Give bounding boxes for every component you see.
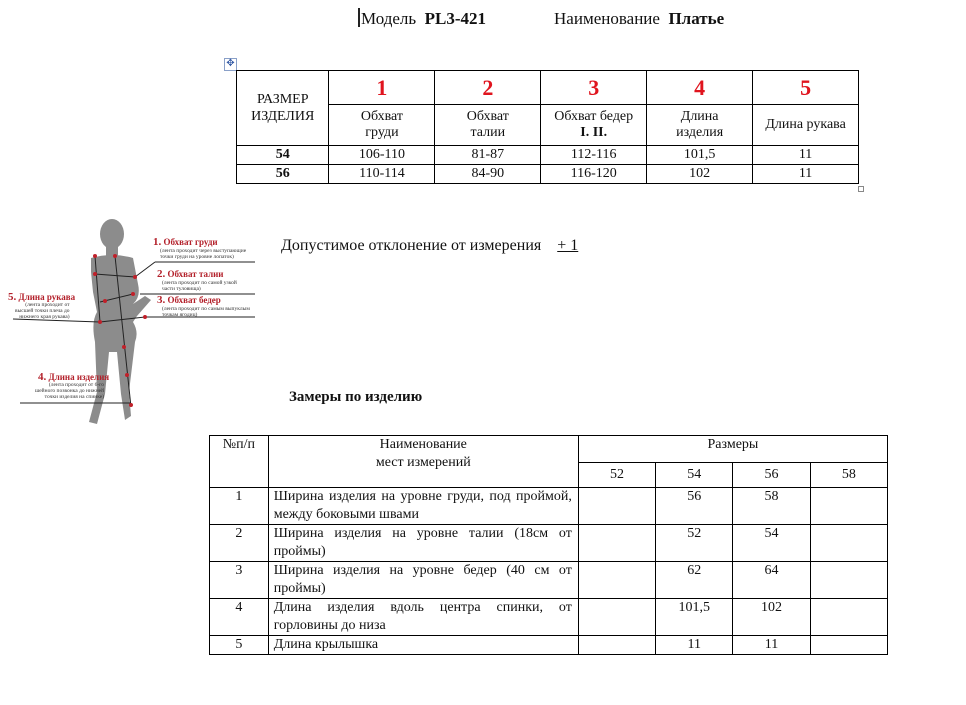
table-resize-handle[interactable]	[858, 186, 864, 192]
tolerance-value: + 1	[557, 237, 578, 254]
figure-note-2: (лента проходит по самой узкойчасти туло…	[162, 280, 237, 292]
col-number: 3	[541, 71, 647, 105]
col-number: 5	[753, 71, 859, 105]
col-header-no: №п/п	[210, 436, 269, 488]
table-row: 4 Длина изделия вдоль центра спинки, от …	[210, 599, 888, 636]
figure-note-5: (лента проходит отвысшей точки плеча дон…	[15, 302, 70, 320]
col-number: 2	[435, 71, 541, 105]
table-row: 5 Длина крылышка 11 11	[210, 636, 888, 655]
tolerance-note: Допустимое отклонение от измерения+ 1	[281, 237, 578, 255]
col-number: 4	[647, 71, 753, 105]
size-header: 58	[810, 463, 887, 488]
table-row: 56 110-114 84-90 116-120 102 11	[237, 165, 859, 184]
figure-label-3: 3. Обхват бедер	[157, 294, 221, 306]
name-label: Наименование	[554, 9, 660, 28]
col-header: Обхватгруди	[329, 105, 435, 146]
col-number: 1	[329, 71, 435, 105]
row-header: РАЗМЕРИЗДЕЛИЯ	[237, 71, 329, 146]
figure-note-3: (лента проходит по самым выпуклымточкам …	[162, 306, 250, 318]
size-table: РАЗМЕРИЗДЕЛИЯ 1 2 3 4 5 Обхватгруди Обхв…	[236, 70, 859, 184]
figure-label-1: 1. Обхват груди	[153, 236, 218, 248]
document-header: Модель PL3-421Наименование Платье	[358, 8, 724, 29]
model-value: PL3-421	[425, 9, 486, 28]
size-header: 56	[733, 463, 810, 488]
col-header-sizes: Размеры	[578, 436, 887, 463]
figure-label-2: 2. Обхват талии	[157, 268, 224, 280]
tolerance-text: Допустимое отклонение от измерения	[281, 237, 541, 254]
measurement-figure: 1. Обхват груди (лента проходит через вы…	[5, 212, 270, 432]
measurements-title: Замеры по изделию	[289, 389, 422, 406]
name-value: Платье	[668, 9, 724, 28]
figure-note-4: (лента проходит от 6-гошейного позвонка …	[35, 382, 104, 400]
figure-note-1: (лента проходит через выступающиеточки г…	[160, 248, 246, 260]
col-header: Длинаизделия	[647, 105, 753, 146]
col-header: Обхват бедерI. II.	[541, 105, 647, 146]
table-row: 54 106-110 81-87 112-116 101,5 11	[237, 146, 859, 165]
table-row: 1 Ширина изделия на уровне груди, под пр…	[210, 488, 888, 525]
measurements-table: №п/п Наименованиемест измерений Размеры …	[209, 435, 888, 655]
model-label: Модель	[361, 9, 416, 28]
col-header-name: Наименованиемест измерений	[268, 436, 578, 488]
table-row: 2 Ширина изделия на уровне талии (18см о…	[210, 525, 888, 562]
table-row: 3 Ширина изделия на уровне бедер (40 см …	[210, 562, 888, 599]
col-header: Длина рукава	[753, 105, 859, 146]
text-cursor	[358, 8, 360, 27]
size-header: 54	[656, 463, 733, 488]
size-header: 52	[578, 463, 655, 488]
col-header: Обхватталии	[435, 105, 541, 146]
